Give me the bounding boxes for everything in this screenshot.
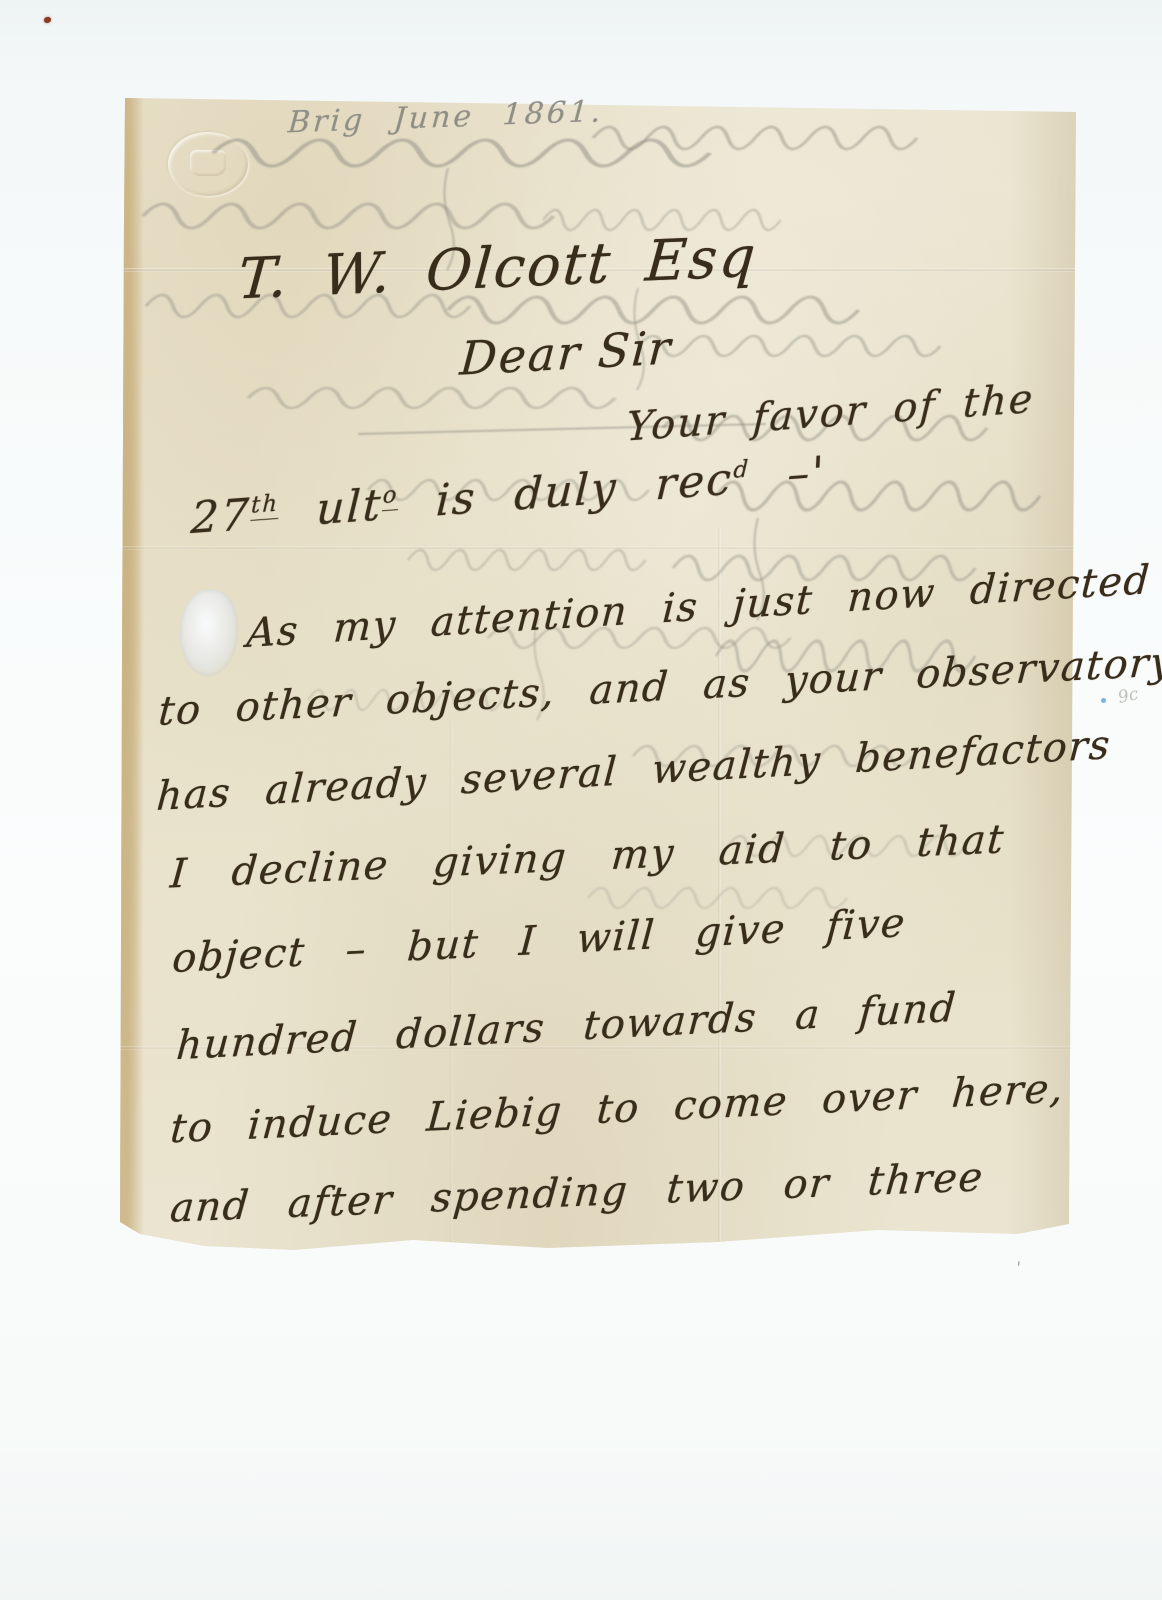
blue-ink-speck [1101, 698, 1106, 703]
date-tail: –' [748, 447, 826, 504]
date-ult-sup: o [382, 482, 399, 511]
stray-pen-tick: ' [1015, 1258, 1022, 1277]
salutation-line: Dear Sir [458, 320, 674, 385]
pencil-margin-mark: 9c [1116, 684, 1140, 708]
date-day-ordinal: th [250, 491, 279, 521]
red-ink-speck [44, 17, 51, 23]
date-day: 27 [190, 489, 252, 545]
scan-background: Brig June 1861. T. W. Olcott Esq Dear Si… [0, 0, 1162, 1600]
date-ult: ult [277, 479, 383, 538]
date-rec-sup: d [733, 456, 751, 483]
